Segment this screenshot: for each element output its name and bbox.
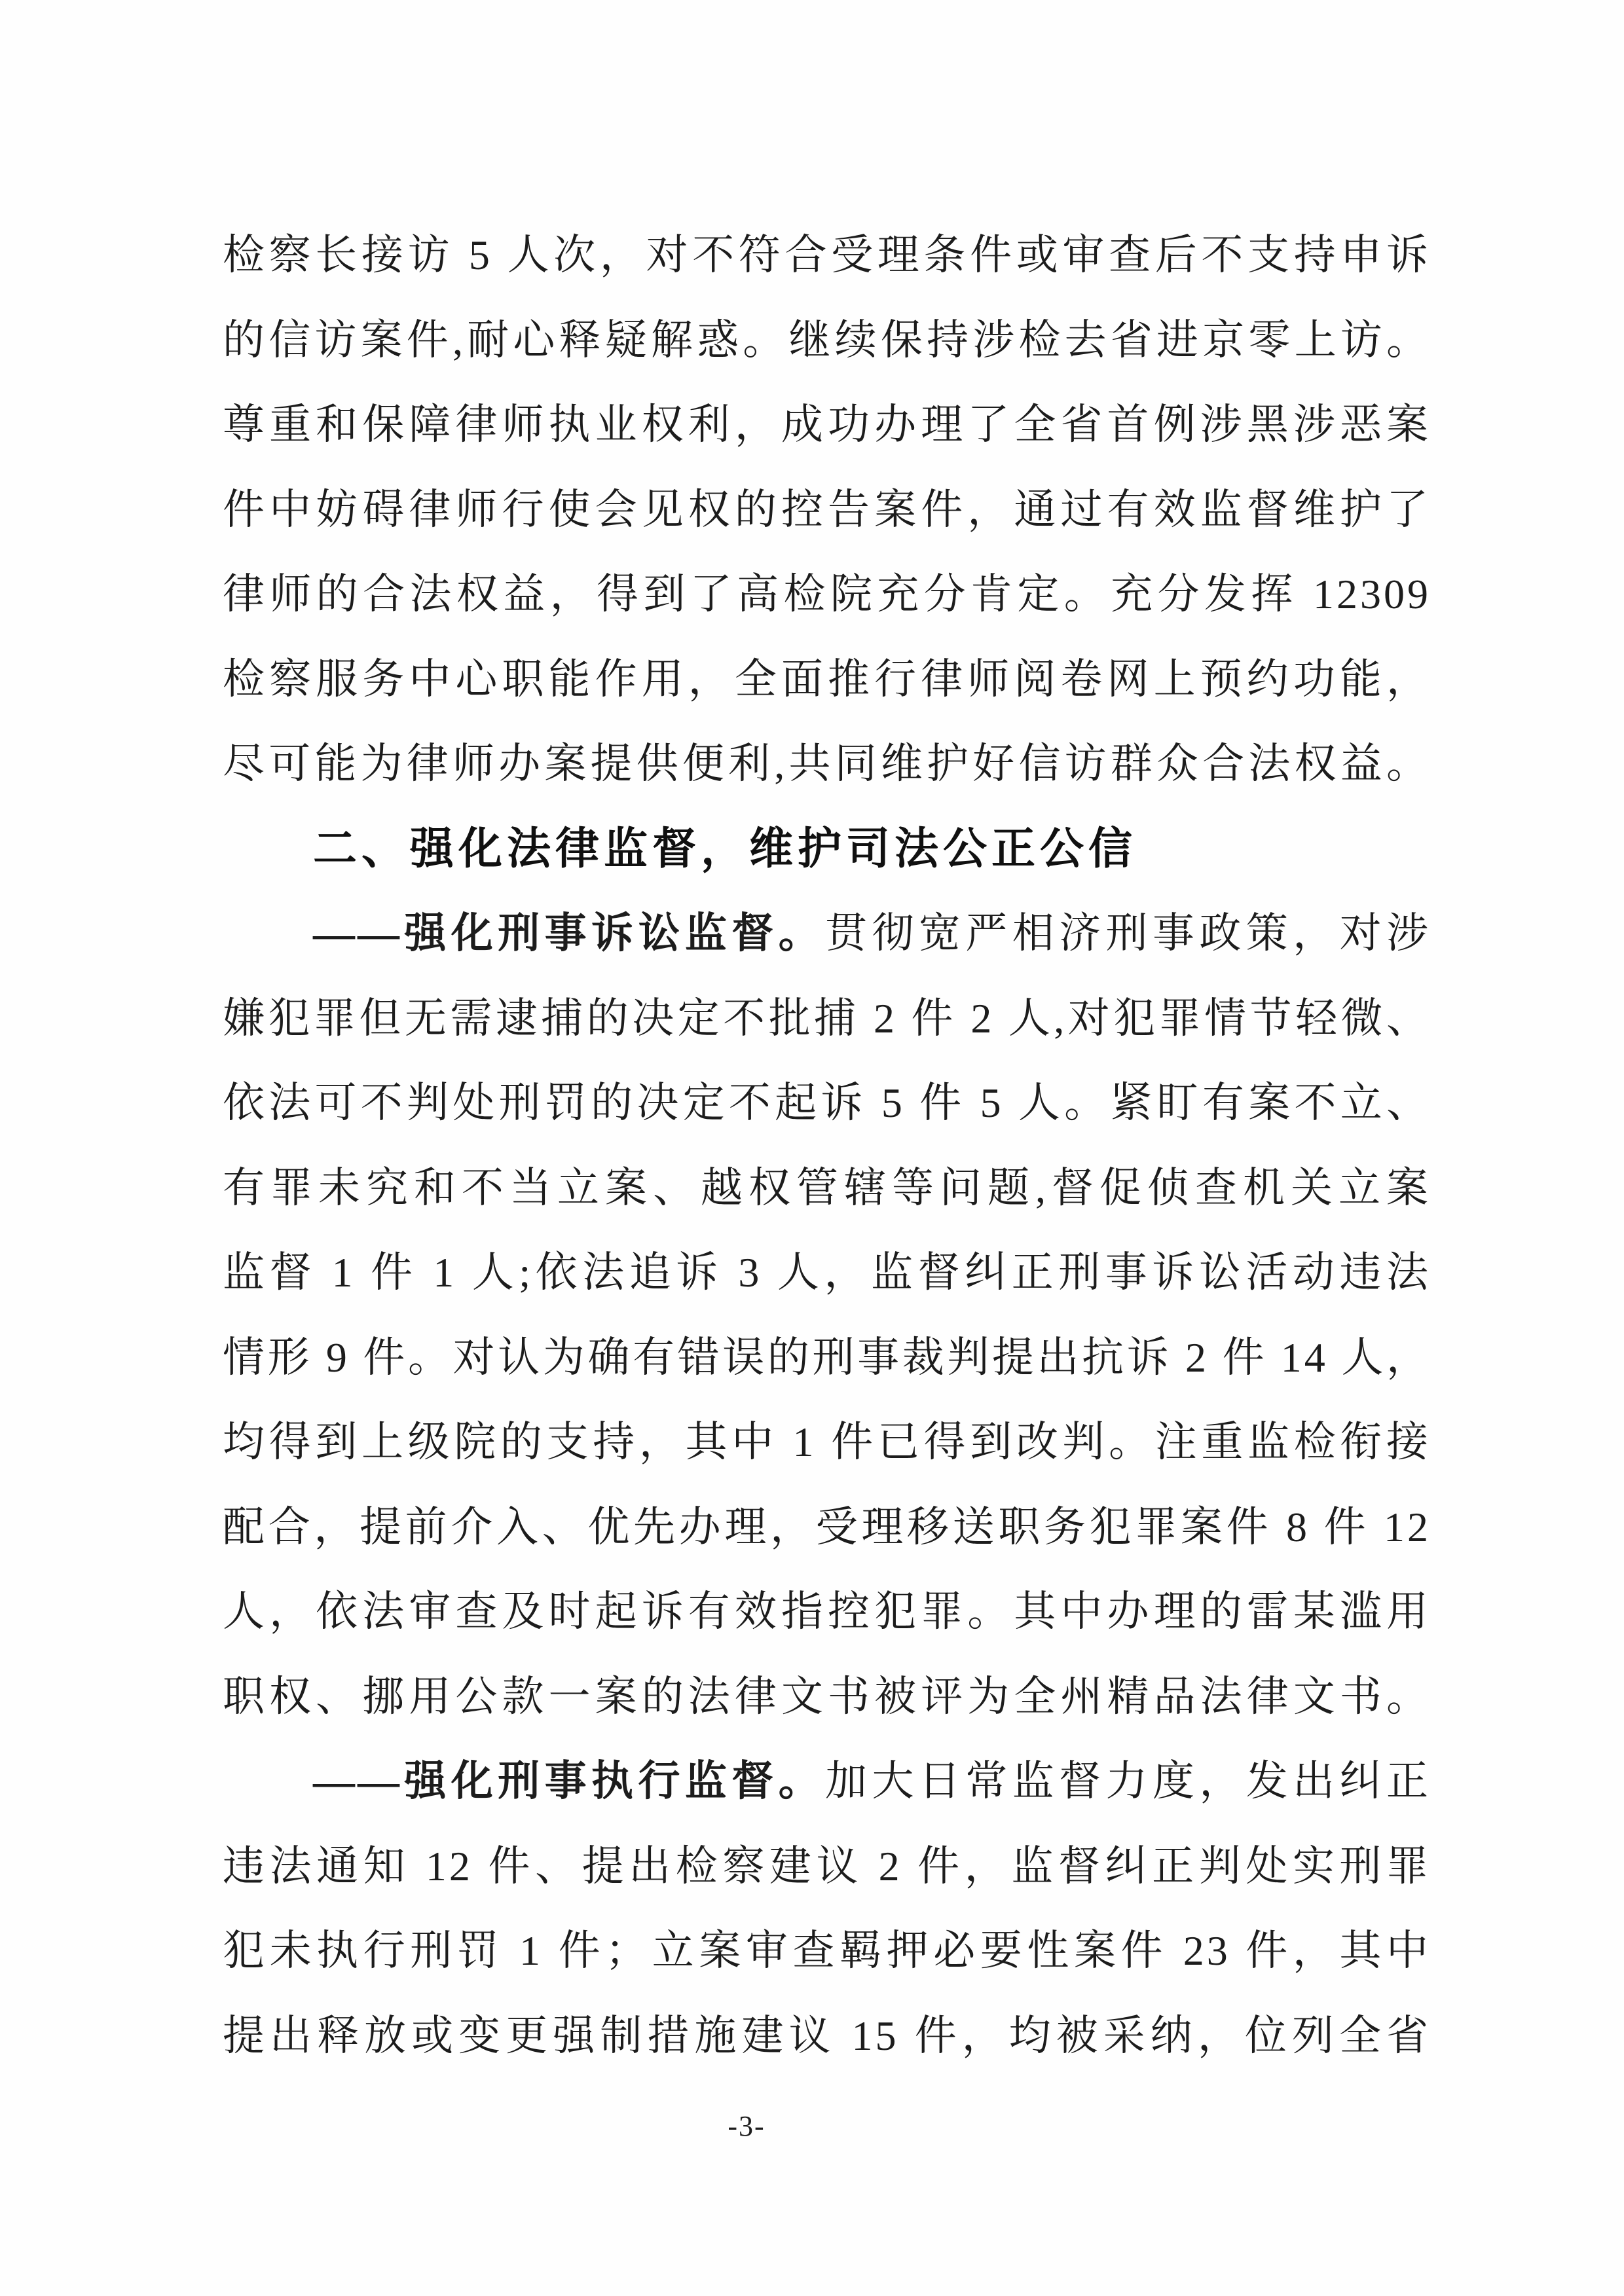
report-line: 职权、挪用公款一案的法律文书被评为全州精品法律文书。	[223, 1654, 1431, 1740]
report-line: 检察长接访 5 人次，对不符合受理条件或审查后不支持申诉	[223, 213, 1431, 298]
report-line: 配合，提前介入、优先办理，受理移送职务犯罪案件 8 件 12	[223, 1485, 1431, 1570]
page-number: -3-	[0, 2088, 1493, 2164]
report-line: ——强化刑事诉讼监督。贯彻宽严相济刑事政策，对涉	[223, 891, 1431, 976]
report-line: 尽可能为律师办案提供便利,共同维护好信访群众合法权益。	[223, 721, 1431, 807]
report-line: 依法可不判处刑罚的决定不起诉 5 件 5 人。紧盯有案不立、	[223, 1061, 1431, 1146]
report-line: 件中妨碍律师行使会见权的控告案件，通过有效监督维护了	[223, 467, 1431, 553]
report-line: 均得到上级院的支持，其中 1 件已得到改判。注重监检衔接	[223, 1400, 1431, 1485]
section-heading: 二、强化法律监督，维护司法公正公信	[223, 807, 1431, 892]
paragraph-text: 贯彻宽严相济刑事政策，对涉	[825, 910, 1431, 957]
report-line: 尊重和保障律师执业权利，成功办理了全省首例涉黑涉恶案	[223, 382, 1431, 467]
paragraph-text: 加大日常监督力度，发出纠正	[825, 1758, 1431, 1804]
paragraph-lead: ——强化刑事诉讼监督。	[313, 910, 825, 957]
report-line: 的信访案件,耐心释疑解惑。继续保持涉检去省进京零上访。	[223, 298, 1431, 383]
report-line: 犯未执行刑罚 1 件；立案审查羁押必要性案件 23 件，其中	[223, 1908, 1431, 1994]
report-body: 检察长接访 5 人次，对不符合受理条件或审查后不支持申诉 的信访案件,耐心释疑解…	[223, 213, 1431, 2078]
report-line: 提出释放或变更强制措施建议 15 件，均被采纳，位列全省	[223, 1994, 1431, 2079]
report-line: ——强化刑事执行监督。加大日常监督力度，发出纠正	[223, 1739, 1431, 1824]
report-line: 检察服务中心职能作用，全面推行律师阅卷网上预约功能，	[223, 637, 1431, 722]
paragraph-lead: ——强化刑事执行监督。	[313, 1758, 825, 1804]
report-line: 违法通知 12 件、提出检察建议 2 件，监督纠正判处实刑罪	[223, 1824, 1431, 1909]
report-line: 律师的合法权益，得到了高检院充分肯定。充分发挥 12309	[223, 552, 1431, 637]
document-page: 检察长接访 5 人次，对不符合受理条件或审查后不支持申诉 的信访案件,耐心释疑解…	[0, 0, 1624, 2296]
report-line: 情形 9 件。对认为确有错误的刑事裁判提出抗诉 2 件 14 人，	[223, 1315, 1431, 1400]
report-line: 监督 1 件 1 人;依法追诉 3 人，监督纠正刑事诉讼活动违法	[223, 1230, 1431, 1315]
report-line: 有罪未究和不当立案、越权管辖等问题,督促侦查机关立案	[223, 1146, 1431, 1231]
report-line: 嫌犯罪但无需逮捕的决定不批捕 2 件 2 人,对犯罪情节轻微、	[223, 976, 1431, 1061]
report-line: 人，依法审查及时起诉有效指控犯罪。其中办理的雷某滥用	[223, 1569, 1431, 1654]
